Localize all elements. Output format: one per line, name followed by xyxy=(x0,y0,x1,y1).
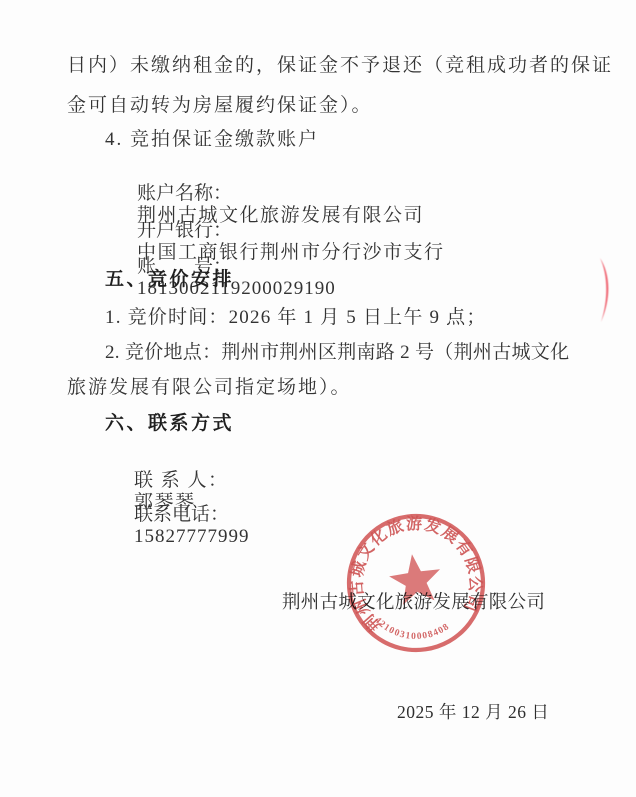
crescent-shape xyxy=(600,258,608,322)
phone-label: 联系电话： xyxy=(134,504,229,525)
section5-item2-line1: 2. 竞价地点：荆州市荆州区荆南路 2 号（荆州古城文化 xyxy=(105,342,569,364)
section5-heading: 五、竞价安排 xyxy=(105,269,234,291)
phone-value: 15827777999 xyxy=(134,526,250,547)
phone-row: 联系电话： 15827777999 xyxy=(107,482,250,570)
scanned-document-page: 日内）未缴纳租金的，保证金不予退还（竞租成功者的保证 金可自动转为房屋履约保证金… xyxy=(0,0,636,797)
deposit-account-title: 4. 竞拍保证金缴款账户 xyxy=(105,129,319,151)
intro-line-1: 日内）未缴纳租金的，保证金不予退还（竞租成功者的保证 xyxy=(67,55,613,77)
intro-line-2: 金可自动转为房屋履约保证金）。 xyxy=(67,95,373,117)
signature-date: 2025 年 12 月 26 日 xyxy=(397,701,549,723)
company-seal-stamp: 荆州古城文化旅游发展有限公司 42100310008408 xyxy=(331,498,500,667)
section6-heading: 六、联系方式 xyxy=(105,413,234,435)
section5-item1: 1. 竞价时间：2026 年 1 月 5 日上午 9 点； xyxy=(105,307,487,329)
red-ink-crescent-mark xyxy=(596,257,614,323)
section5-item2-line2: 旅游发展有限公司指定场地）。 xyxy=(67,377,352,399)
seal-star-icon xyxy=(387,551,445,606)
